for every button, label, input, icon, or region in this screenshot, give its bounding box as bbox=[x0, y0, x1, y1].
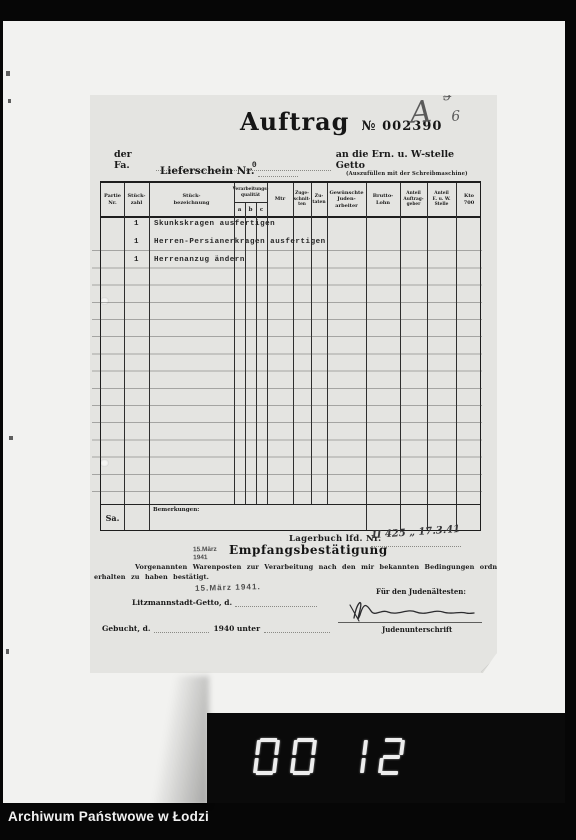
place-label: Litzmannstadt-Getto, d. bbox=[132, 598, 232, 607]
form-number-symbol: № bbox=[361, 119, 376, 134]
date-stamp: 15.März 1941 bbox=[193, 546, 227, 563]
booked-label: Gebucht, d. bbox=[102, 624, 150, 633]
counter-shadow bbox=[143, 676, 209, 806]
document: Auftrag№ 002390 A 5 6 der Fa. 0 an die E… bbox=[90, 95, 497, 673]
receipt-body-line-1: Vorgenannten Warenposten zur Verarbeitun… bbox=[135, 563, 540, 571]
place-fill-line bbox=[235, 597, 317, 607]
annotation-letter: A bbox=[409, 94, 433, 130]
table-row: 1 Herrenanzug ändern bbox=[101, 256, 480, 270]
receipt-heading: Empfangsbestätigung bbox=[229, 543, 388, 557]
film-speck bbox=[9, 436, 13, 440]
booked-fill-line bbox=[264, 623, 330, 633]
row-description: Herren-Persianerkragen ausfertigen bbox=[154, 238, 326, 246]
booked-line: Gebucht, d. 1940 unter bbox=[102, 623, 330, 633]
remarks-label: Bemerkungen: bbox=[153, 507, 199, 513]
row-quantity: 1 bbox=[124, 238, 149, 246]
col-judenarbeiter: Gewünschte Juden- arbeiter bbox=[327, 183, 366, 216]
col-kto-700: Kto 700 bbox=[456, 183, 482, 216]
ruled-row-lines bbox=[92, 234, 482, 505]
frame-counter bbox=[207, 713, 565, 803]
handwritten-signature bbox=[344, 592, 476, 622]
order-table: Partie Nr. Stück- zahl Stück- bezeichnun… bbox=[100, 181, 481, 531]
booked-fill-line bbox=[154, 623, 209, 633]
archive-caption: Archiwum Państwowe w Łodzi bbox=[8, 809, 209, 824]
place-line: Litzmannstadt-Getto, d. bbox=[132, 597, 317, 607]
form-title: Auftrag bbox=[240, 107, 349, 136]
col-bezeichnung: Stück- bezeichnung bbox=[149, 183, 234, 216]
table-header: Partie Nr. Stück- zahl Stück- bezeichnun… bbox=[101, 183, 480, 218]
col-zugeschnitten: Zuge- schnit- ten bbox=[293, 183, 311, 216]
addressee-prefix: der Fa. bbox=[114, 149, 151, 171]
table-body: 1 Skunkskragen ausfertigen 1 Herren-Pers… bbox=[101, 218, 480, 505]
col-qualitaet-a: a bbox=[234, 203, 245, 216]
handwritten-annotation: A 5 6 bbox=[409, 94, 433, 130]
receipt-body-line-2: erhalten zu haben bestätigt. bbox=[94, 573, 209, 581]
date-stamp: 15.März 1941. bbox=[195, 582, 261, 593]
film-speck bbox=[6, 71, 10, 76]
annotation-lower-number: 6 bbox=[451, 108, 461, 125]
col-partie-nr: Partie Nr. bbox=[101, 183, 124, 216]
table-row: 1 Herren-Persianerkragen ausfertigen bbox=[101, 238, 480, 252]
delivery-note-label: Lieferschein Nr. bbox=[160, 165, 255, 177]
corner-fold bbox=[481, 655, 497, 673]
col-qualitaet: Verarbeitungs- qualität bbox=[234, 183, 267, 202]
subheader-divider bbox=[234, 202, 267, 203]
sum-label: Sa. bbox=[101, 513, 124, 523]
delivery-note-fill-line bbox=[258, 166, 298, 177]
col-mtr: Mtr bbox=[267, 183, 293, 216]
counter-digits bbox=[255, 738, 417, 775]
annotation-upper-number: 5 bbox=[442, 89, 451, 105]
table-row: 1 Skunkskragen ausfertigen bbox=[101, 220, 480, 234]
row-quantity: 1 bbox=[124, 256, 149, 264]
delivery-note-line: Lieferschein Nr. bbox=[160, 165, 298, 177]
photo-area: Auftrag№ 002390 A 5 6 der Fa. 0 an die E… bbox=[3, 21, 565, 803]
booked-suffix: 1940 unter bbox=[213, 624, 260, 633]
col-zutaten: Zu- taten bbox=[311, 183, 327, 216]
col-stueckzahl: Stück- zahl bbox=[124, 183, 149, 216]
addressee-suffix: an die Ern. u. W-stelle Getto bbox=[336, 149, 486, 171]
col-qualitaet-b: b bbox=[245, 203, 256, 216]
film-speck bbox=[8, 99, 11, 103]
typewriter-note: (Auszufüllen mit der Schreibmaschine) bbox=[346, 171, 468, 177]
col-qualitaet-c: c bbox=[256, 203, 267, 216]
signature-caption: Judenunterschrift bbox=[382, 625, 452, 634]
film-speck bbox=[6, 649, 9, 654]
row-description: Skunkskragen ausfertigen bbox=[154, 220, 275, 228]
row-quantity: 1 bbox=[124, 220, 149, 228]
col-anteil-ew-stelle: Anteil E. u. W. Stelle bbox=[427, 183, 456, 216]
signature-line bbox=[338, 594, 482, 623]
row-description: Herrenanzug ändern bbox=[154, 256, 245, 264]
col-anteil-auftraggeber: Anteil Auftrag- geber bbox=[400, 183, 427, 216]
col-bruttolohn: Brutto- Lohn bbox=[366, 183, 400, 216]
